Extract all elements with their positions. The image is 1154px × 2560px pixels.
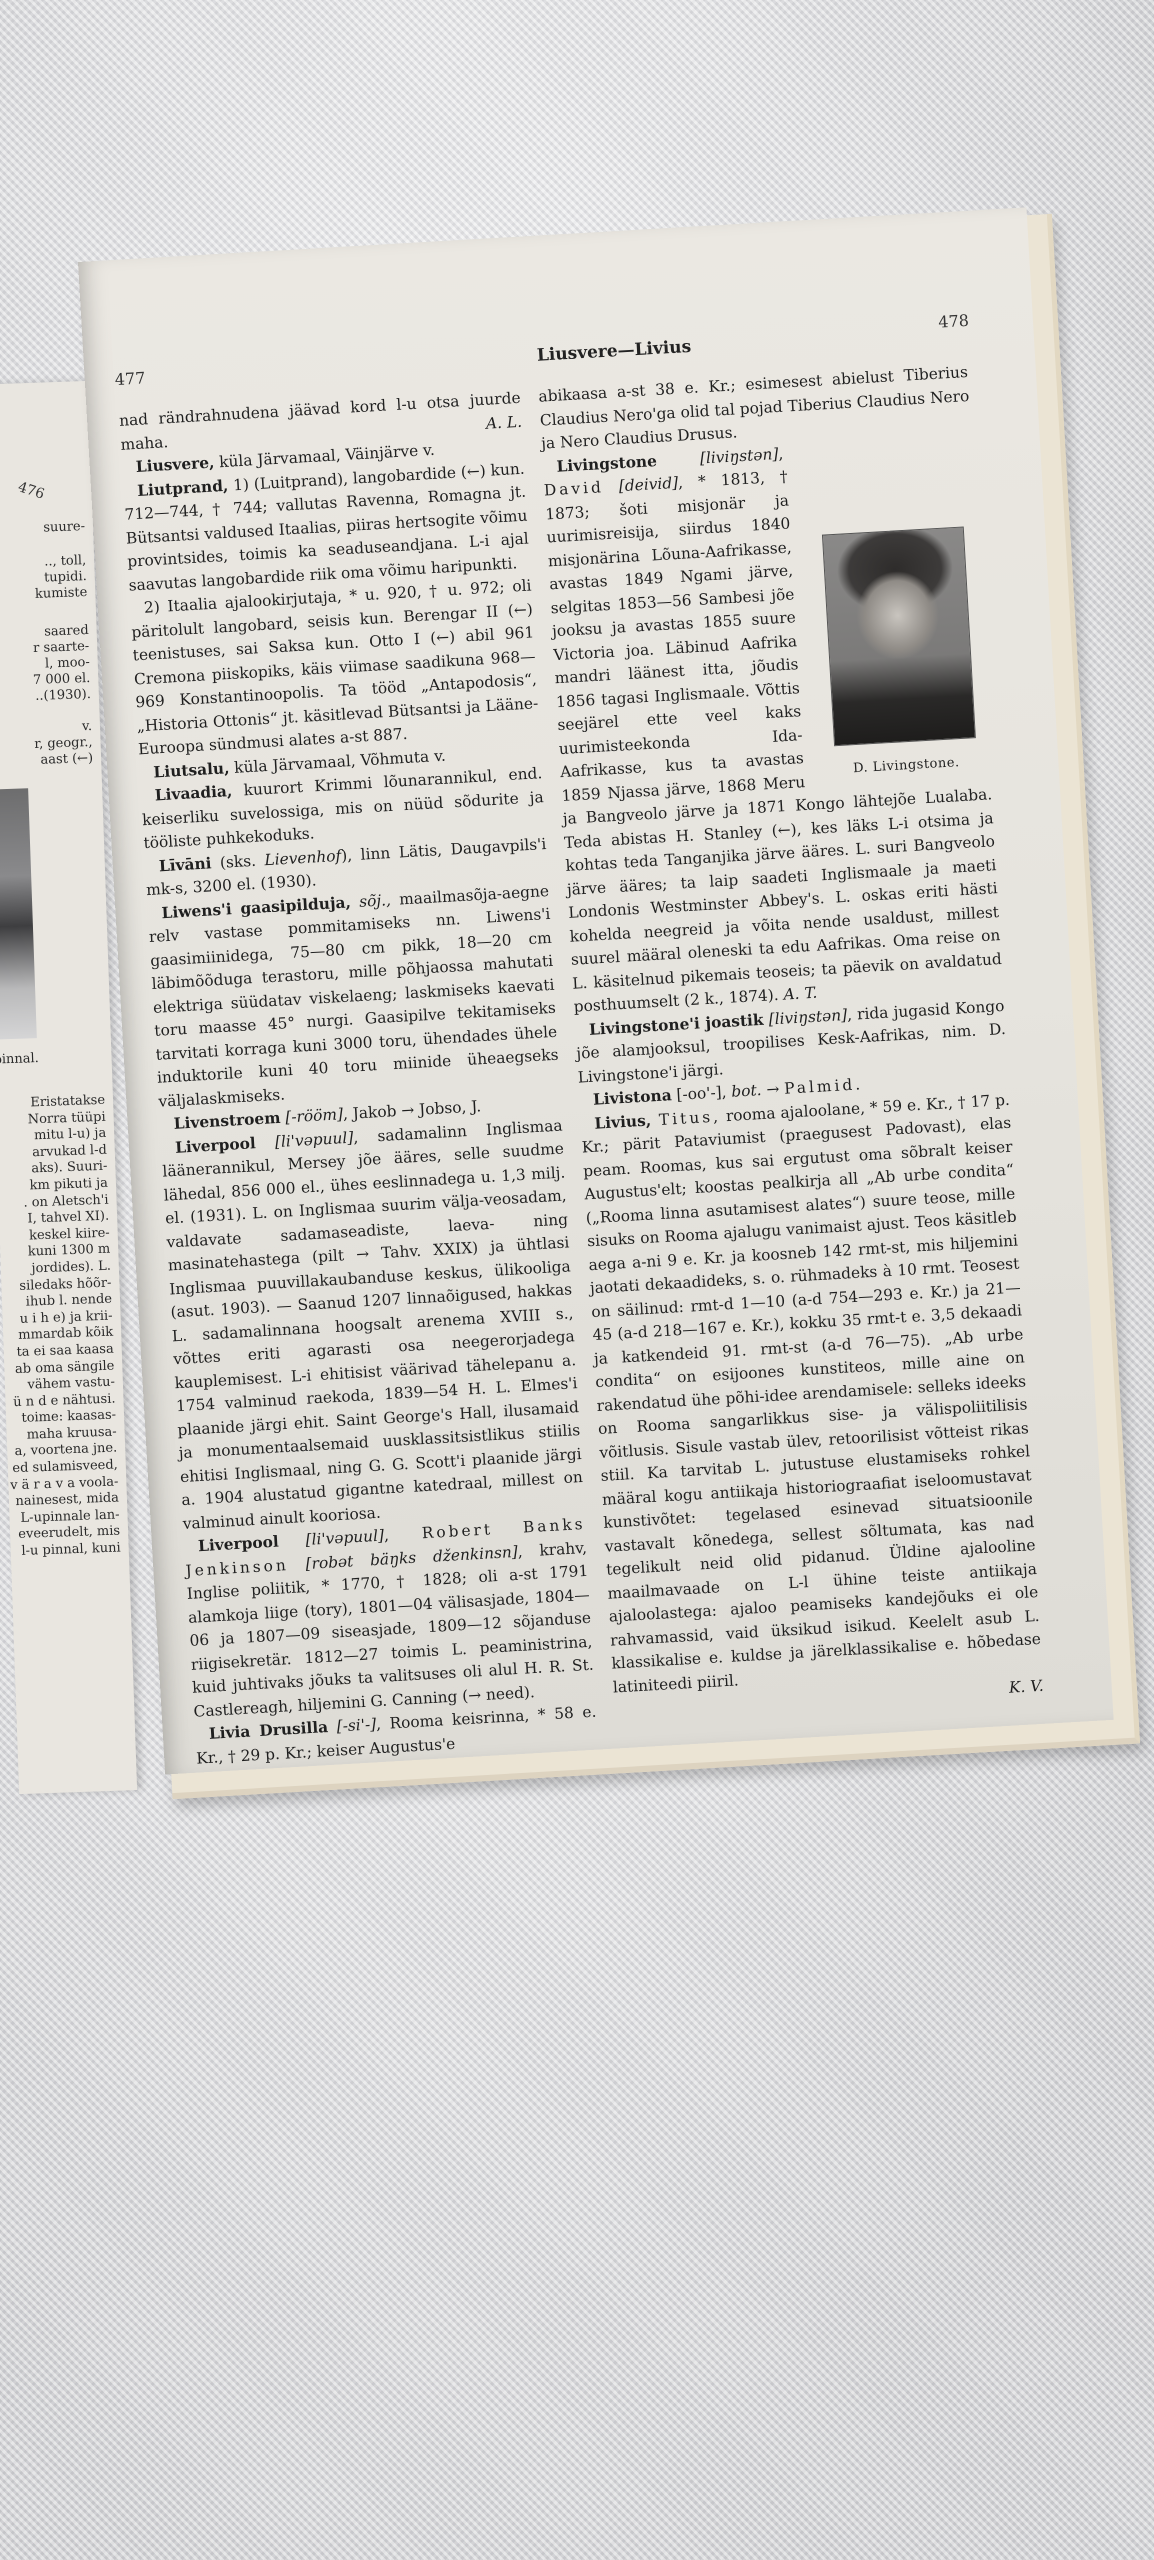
page-number-476: 476 xyxy=(16,479,46,502)
entry-liwensi-gaasipilduja: Liwens'i gaasipilduja, sõj., maailmasõja… xyxy=(147,879,561,1113)
left-lower-text: EristatakseNorra tüüpimitu l-u) jaarvuka… xyxy=(0,1093,121,1561)
left-text-fragment: ..(1930). xyxy=(35,687,91,705)
left-text-fragment: aast (←) xyxy=(40,751,93,769)
left-text-fragment: l, moo- xyxy=(45,655,90,673)
page-number-478: 478 xyxy=(938,311,970,332)
entry-liverpool-person: Liverpool [li'vəpuul], Robert Banks Jenk… xyxy=(184,1513,596,1724)
right-column: abikaasa a-st 38 e. Kr.; esimesest abiel… xyxy=(538,361,1044,1723)
encyclopedia-page: 477 Liusvere—Livius 478 nad rändrahnuden… xyxy=(78,207,1114,1774)
entry-liverpool-city: Liverpool [li'vəpuul], sadamalinn Inglis… xyxy=(161,1114,585,1536)
entry-livius: Livius, Titus, rooma ajaloolane, * 59 e.… xyxy=(580,1088,1044,1723)
left-text-fragment: .., toll, xyxy=(44,553,87,570)
left-text-fragment: kumiste xyxy=(35,585,88,603)
livingstone-figure: D. Livingstone. xyxy=(809,525,991,782)
left-text-fragment: tupidi. xyxy=(44,569,87,586)
entry-liutprand-2: 2) Itaalia ajalookirjutaja, * u. 920, † … xyxy=(129,574,540,761)
left-text-fragment: r saarte- xyxy=(33,639,90,657)
left-text-fragment: v. xyxy=(82,719,92,735)
left-text-fragment: saared xyxy=(44,623,89,641)
photo-caption-fragment: pinnal. xyxy=(0,1051,39,1069)
glacier-photo xyxy=(0,788,37,1039)
book-page-stack: 477 Liusvere—Livius 478 nad rändrahnuden… xyxy=(78,206,1136,1789)
left-text-fragment: suure- xyxy=(43,519,85,536)
entry-liutprand: Liutprand, 1) (Luitprand), langobardide … xyxy=(123,457,531,597)
left-column: nad rändrahnudena jäävad kord l-u otsa j… xyxy=(119,387,599,1771)
livingstone-portrait-photo xyxy=(822,526,976,746)
